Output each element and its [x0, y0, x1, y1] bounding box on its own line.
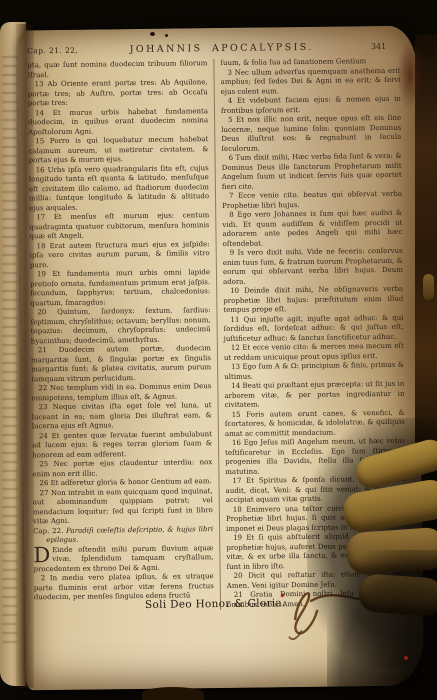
verse-paragraph: 17 Et menſus eſt murum ejus: centum quad… — [29, 211, 209, 242]
dirt-speck — [150, 32, 155, 36]
verse-paragraph: 8 Ego vero Johannes is ſum qui hæc audiv… — [222, 209, 402, 249]
book-photo: Cap. 21. 22, JOHANNIS APOCALYPSIS. 341 p… — [0, 0, 437, 700]
verse-text: Einde oſtendit mihi purum fluvium aquæ v… — [34, 544, 214, 573]
verse-paragraph: 9 Is vero dixit mihi, Vide ne feceris: c… — [223, 247, 403, 287]
chapter-22-label: Cap. 22. — [33, 526, 63, 534]
running-header: Cap. 21. 22, JOHANNIS APOCALYPSIS. 341 — [27, 41, 400, 57]
verse-paragraph: 7 Ecce venio cito. beatus qui obſervat v… — [222, 190, 402, 211]
bottom-right-darkness — [327, 550, 437, 700]
verse-paragraph: 13 Ego ſum A & Ω: principium & finis, pr… — [224, 361, 404, 382]
verse-paragraph: 12 Et ecce venio cito: & merces mea mecu… — [224, 342, 404, 363]
chapter-22-summary: Paradiſi cœleſtis deſcriptio, & hujus li… — [46, 525, 213, 545]
dirt-speck — [165, 34, 168, 37]
verse-paragraph: 11 Qui injuſte agit, injuſte agat adhuc:… — [223, 313, 403, 344]
page-number: 341 — [342, 42, 400, 52]
chapter-reference: Cap. 21. 22, — [27, 45, 101, 55]
verse-paragraph: 5 Et nox illic non erit, neque opus eſt … — [221, 114, 401, 154]
left-column: pta, quæ ſunt nomina duodecim tribuum fi… — [27, 59, 221, 612]
bottom-stain — [142, 687, 204, 700]
verse-paragraph: DEinde oſtendit mihi purum fluvium aquæ … — [33, 544, 213, 575]
verse-paragraph: 18 Erat autem ſtructura muri ejus ex jaſ… — [30, 240, 210, 271]
verse-paragraph: 13 Ab Oriente erant portæ tres: Ab Aquil… — [28, 78, 208, 109]
corner-stain — [397, 40, 423, 110]
verse-paragraph: 3 Nec ullum adverſus quemquam anathema e… — [220, 66, 400, 97]
verse-paragraph: 14 Beati qui præſtant ejus præcepta: ut … — [224, 380, 404, 411]
clasp-knob — [423, 274, 434, 300]
verse-paragraph: 10 Deinde dixit mihi, Ne obſignaveris ve… — [223, 285, 403, 316]
verse-paragraph: 6 Tum dixit mihi, Hæc verba fida ſunt & … — [222, 152, 402, 192]
verse-paragraph: 16 Urbs ipſa vero quadrangularis ſita eſ… — [29, 164, 210, 214]
verse-paragraph: 20 Quintum, ſardonyx: ſextum, ſardius: ſ… — [30, 306, 210, 346]
verse-paragraph: 25 Nec portæ ejus claudentur interdiu: n… — [32, 458, 212, 479]
page-title: JOHANNIS APOCALYPSIS. — [101, 41, 342, 55]
colophon: Soli Deo Honor & Gloria. — [145, 597, 286, 611]
bleedthrough-text-lines — [2, 56, 17, 646]
verse-paragraph: 19 Et fundamenta muri urbis omni lapide … — [30, 268, 210, 308]
verse-paragraph: 24 Et gentes quæ ſervatæ fuerint ambulab… — [32, 430, 212, 461]
verse-paragraph: 21 Duodecim autem portæ, duodecim margar… — [31, 344, 211, 384]
verse-paragraph: 4 Et videbunt faciem ejus: & nomen ejus … — [221, 95, 401, 116]
red-speck — [404, 656, 408, 660]
verse-paragraph: 14 Et murus urbis habebat fundamenta duo… — [28, 107, 208, 138]
verse-paragraph: 15 Porro is qui loquebatur mecum habebat… — [28, 135, 208, 166]
verse-paragraph: 22 Nec templum vidi in ea. Dominus enim … — [31, 382, 211, 403]
verse-paragraph: 27 Non intrabit in eam quicquam quod inq… — [33, 487, 213, 527]
verse-paragraph: pta, quæ ſunt nomina duodecim tribuum fi… — [27, 59, 207, 80]
left-column-verses: pta, quæ ſunt nomina duodecim tribuum fi… — [27, 59, 213, 527]
verse-paragraph: 23 Neque civitas iſta eget ſole vel luna… — [32, 401, 212, 432]
drop-cap-initial: D — [33, 546, 52, 563]
chapter-22-heading: Cap. 22. Paradiſi cœleſtis deſcriptio, &… — [33, 525, 213, 546]
